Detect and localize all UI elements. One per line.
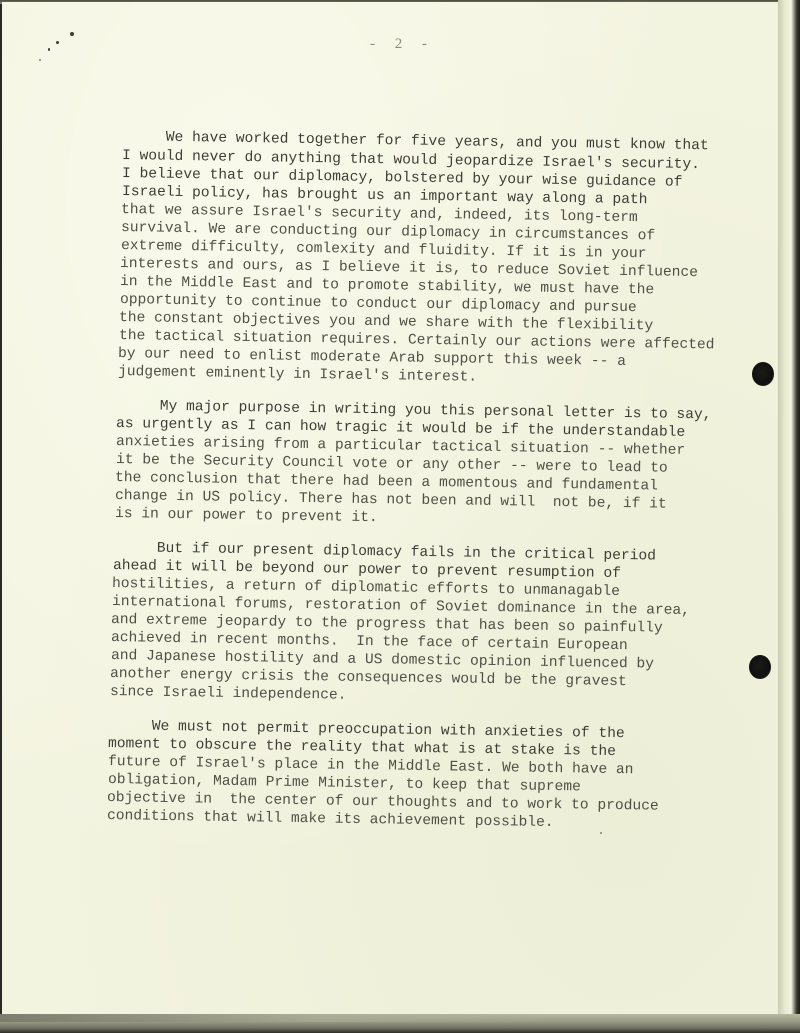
speck (48, 48, 50, 51)
scan-bottom-edge (0, 1014, 800, 1033)
text-line: judgement eminently in Israel's interest… (118, 364, 477, 386)
punch-hole-upper (752, 362, 774, 386)
scan-right-edge (778, 0, 800, 1033)
speck (600, 832, 602, 834)
speck (70, 32, 74, 36)
text-line: is in our power to prevent it. (115, 506, 378, 526)
page-number: - 2 - (370, 36, 435, 53)
document-page: - 2 - We have worked together for five y… (2, 2, 778, 1020)
punch-hole-lower (749, 655, 771, 679)
speck (39, 59, 41, 61)
text-line: since Israeli independence. (110, 684, 347, 704)
speck (56, 41, 59, 44)
